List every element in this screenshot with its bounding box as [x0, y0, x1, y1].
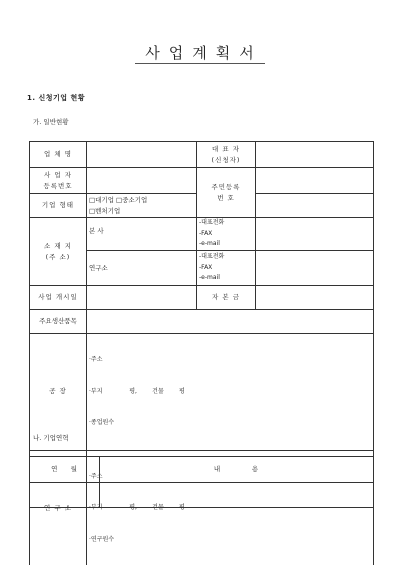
- research-lab-email-label: -e-mail: [199, 273, 255, 284]
- company-type-label: 기업 형태: [30, 194, 87, 218]
- representative-label: 대 표 자 (신청자): [197, 142, 256, 168]
- representative-label-line1: 대 표 자: [197, 144, 255, 155]
- history-content-field[interactable]: [100, 483, 374, 508]
- company-type-options-line1[interactable]: □대기업 □중소기업: [89, 195, 196, 206]
- head-office-contacts: -대표전화 -FAX -e-mail: [197, 218, 256, 251]
- research-lab-phone-label: -대표전화: [199, 252, 255, 263]
- company-type-options[interactable]: □대기업 □중소기업 □벤처기업: [87, 194, 197, 218]
- representative-field[interactable]: [256, 142, 374, 168]
- resident-reg-field-2[interactable]: [256, 194, 374, 218]
- head-office-address-field[interactable]: 본 사: [87, 218, 197, 251]
- capital-label: 자 본 금: [197, 286, 256, 310]
- location-label: 소 재 지 (주 소): [30, 218, 87, 286]
- factory-employees-line: ·종업원수: [89, 418, 373, 429]
- history-header-content: 내 용: [100, 457, 374, 483]
- research-lab-contacts-field[interactable]: [256, 251, 374, 286]
- document-title: 사업계획서: [0, 42, 400, 63]
- resident-reg-field-1[interactable]: [256, 168, 374, 194]
- research-lab-address-field[interactable]: 연구소: [87, 251, 197, 286]
- factory-details-field[interactable]: ·주소 ·부지 평, 건물 평 ·종업원수: [87, 334, 374, 451]
- section-heading: 1. 신청기업 현황: [27, 93, 85, 103]
- start-date-label: 사업 개시일: [30, 286, 87, 310]
- representative-label-line2: (신청자): [197, 155, 255, 166]
- factory-area-line: ·부지 평, 건물 평: [89, 387, 373, 398]
- business-reg-label: 사 업 자 등록번호: [30, 168, 87, 194]
- head-office-email-label: -e-mail: [199, 239, 255, 250]
- company-type-options-line2[interactable]: □벤처기업: [89, 206, 196, 217]
- head-office-phone-label: -대표전화: [199, 218, 255, 229]
- location-label-line2: (주 소): [30, 252, 86, 263]
- head-office-fax-label: -FAX: [199, 229, 255, 240]
- head-office-contacts-field[interactable]: [256, 218, 374, 251]
- lab-researchers-line: ·연구원수: [89, 535, 373, 546]
- main-products-label: 주요생산품목: [30, 310, 87, 334]
- history-header-date: 연 월: [30, 457, 100, 483]
- factory-address-line: ·주소: [89, 355, 373, 366]
- research-lab-fax-label: -FAX: [199, 263, 255, 274]
- company-name-field[interactable]: [87, 142, 197, 168]
- location-label-line1: 소 재 지: [30, 241, 86, 252]
- resident-reg-label-line1: 주민등록: [197, 182, 255, 193]
- business-reg-label-line2: 등록번호: [30, 181, 86, 192]
- resident-reg-label: 주민등록 번 호: [197, 168, 256, 218]
- main-products-field[interactable]: [87, 310, 374, 334]
- business-reg-label-line1: 사 업 자: [30, 170, 86, 181]
- start-date-field[interactable]: [87, 286, 197, 310]
- history-row: [30, 483, 374, 508]
- company-history-table: 연 월 내 용: [29, 456, 374, 508]
- history-date-field[interactable]: [30, 483, 100, 508]
- resident-reg-label-line2: 번 호: [197, 193, 255, 204]
- capital-field[interactable]: [256, 286, 374, 310]
- research-lab-contacts: -대표전화 -FAX -e-mail: [197, 251, 256, 286]
- subsection-heading-general: 가. 일반현황: [33, 117, 69, 126]
- subsection-heading-history: 나. 기업연혁: [33, 433, 69, 442]
- business-reg-field[interactable]: [87, 168, 197, 194]
- company-name-label: 업 체 명: [30, 142, 87, 168]
